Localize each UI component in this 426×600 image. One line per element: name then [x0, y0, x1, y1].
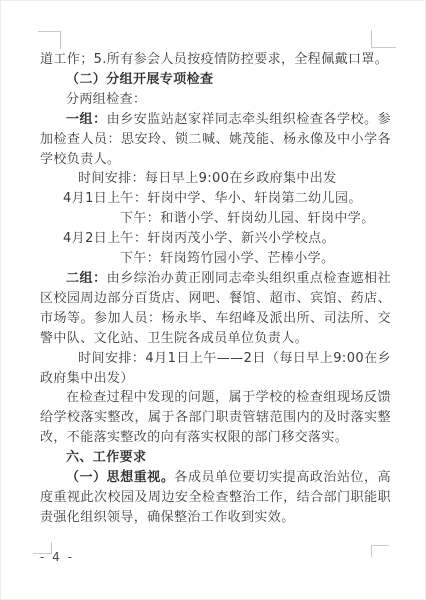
paragraph-text: 道工作；5.所有参会人员按疫情防控要求，全程佩戴口罩。: [40, 52, 388, 67]
heading-text: （二）分组开展专项检查: [66, 72, 213, 87]
paragraph-intro: 分两组检查：: [40, 90, 391, 110]
paragraph-text: 分两组检查：: [66, 92, 146, 107]
document-body: 道工作；5.所有参会人员按疫情防控要求，全程佩戴口罩。 （二）分组开展专项检查 …: [40, 50, 391, 528]
page-number: - 4 -: [40, 550, 74, 564]
paragraph-april1-morning: 4月1日上午：轩岗中学、华小、轩岗第二幼儿园。: [40, 189, 391, 209]
crop-mark-top-right: [371, 30, 396, 48]
paragraph-text: 下午：轩岗筠竹园小学、芒棒小学。: [120, 251, 334, 266]
paragraph-april1-afternoon: 下午：和谐小学、轩岗幼儿园、轩岗中学。: [40, 209, 391, 229]
paragraph-requirement-1: （一）思想重视。各成员单位要切实提高政治站位，高度重视此次校园及周边安全检查整治…: [40, 468, 391, 528]
paragraph-text: 下午：和谐小学、轩岗幼儿园、轩岗中学。: [120, 211, 375, 226]
section-heading-2: （二）分组开展专项检查: [40, 70, 391, 90]
paragraph-text: 时间安排：4月1日上午——2日（每日早上9:00在乡政府集中出发）: [40, 351, 391, 386]
paragraph-text: 4月2日上午：轩岗丙茂小学、新兴小学校点。: [63, 231, 335, 246]
crop-mark-bottom-right: [371, 545, 389, 557]
paragraph-lead: 二组：: [66, 271, 107, 286]
paragraph-text: 在检查过程中发现的问题，属于学校的检查组现场反馈给学校落实整改，属于各部门职责管…: [40, 390, 391, 445]
section-heading-6: 六、工作要求: [40, 448, 391, 468]
paragraph-text: 4月1日上午：轩岗中学、华小、轩岗第二幼儿园。: [63, 191, 362, 206]
paragraph-lead: 一组：: [66, 112, 107, 127]
paragraph-lead: （一）思想重视。: [66, 470, 174, 485]
paragraph-april2-afternoon: 下午：轩岗筠竹园小学、芒棒小学。: [40, 249, 391, 269]
crop-mark-top-left: [38, 31, 61, 49]
paragraph-text: 时间安排：每日早上9:00在乡政府集中出发: [78, 171, 337, 186]
paragraph-schedule-2: 时间安排：4月1日上午——2日（每日早上9:00在乡政府集中出发）: [40, 349, 391, 389]
paragraph-continuation: 道工作；5.所有参会人员按疫情防控要求，全程佩戴口罩。: [40, 50, 391, 70]
paragraph-group-two: 二组：由乡综治办黄正刚同志牵头组织重点检查遮相社区校园周边部分百货店、网吧、餐馆…: [40, 269, 391, 349]
heading-text: 六、工作要求: [66, 450, 146, 465]
paragraph-rectification: 在检查过程中发现的问题，属于学校的检查组现场反馈给学校落实整改，属于各部门职责管…: [40, 388, 391, 448]
paragraph-schedule-1: 时间安排：每日早上9:00在乡政府集中出发: [40, 169, 391, 189]
paragraph-group-one: 一组：由乡安监站赵家祥同志牵头组织检查各学校。参加检查人员：思安玲、锁二喊、姚茂…: [40, 110, 391, 170]
paragraph-april2-morning: 4月2日上午：轩岗丙茂小学、新兴小学校点。: [40, 229, 391, 249]
document-page: 道工作；5.所有参会人员按疫情防控要求，全程佩戴口罩。 （二）分组开展专项检查 …: [0, 0, 426, 600]
